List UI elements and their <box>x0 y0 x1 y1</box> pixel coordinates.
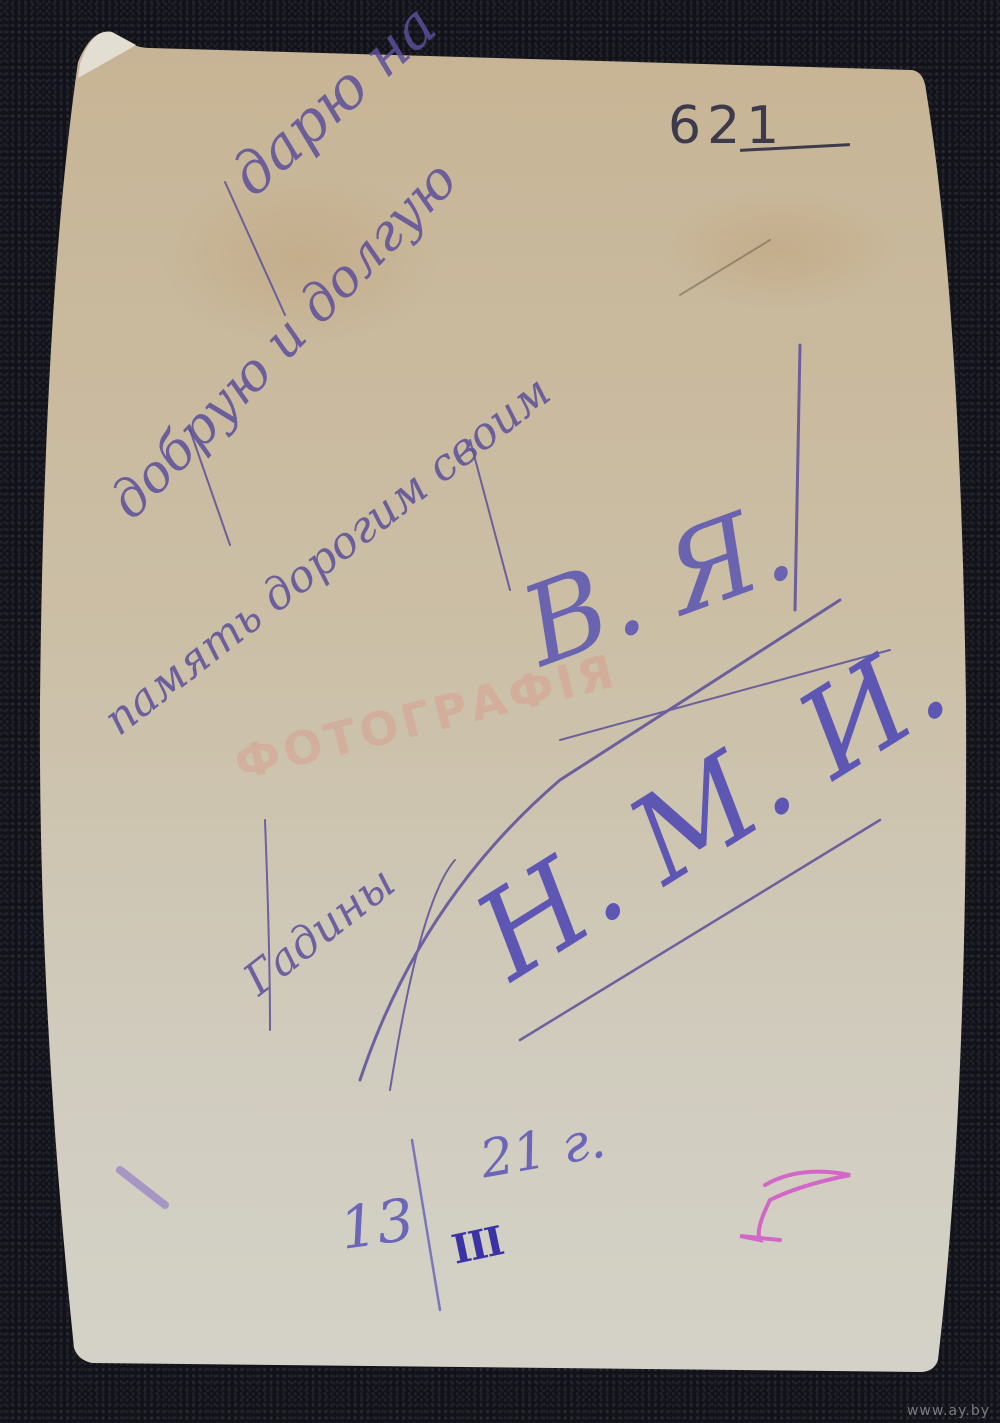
photo-card-back: 621 ФОТОГРАФІЯ дарю на добрую и долгую п… <box>0 0 1000 1423</box>
site-watermark: www.ay.by <box>907 1403 990 1419</box>
date-day: 13 <box>336 1185 419 1263</box>
